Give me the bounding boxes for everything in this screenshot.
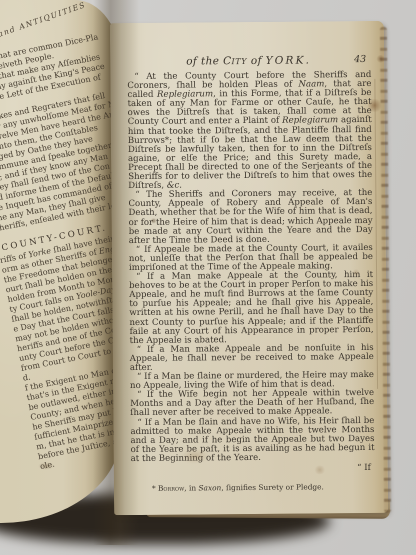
page-header-title-part: YORK.	[266, 54, 312, 66]
page-header: of the CITY of YORK. 43	[127, 54, 370, 68]
left-page-lines: of them that are common Dice-PlaDice dec…	[0, 20, 121, 472]
footnote: * Borrow, in Saxon, ſignifies Surety or …	[152, 482, 388, 493]
page-header-title-part: ITY	[231, 57, 247, 66]
paragraph: “ At the County Court before the Sheriff…	[127, 71, 372, 191]
torn-page-edge	[380, 27, 391, 513]
paragraph: “ If a Man make Appeale at the County, h…	[129, 271, 374, 346]
catchword: “ If	[114, 463, 371, 475]
page-header-title-part: of	[247, 55, 266, 67]
book-photo: STORY and ANTIQUITIES of them that are c…	[0, 0, 416, 555]
left-page-text-block: STORY and ANTIQUITIES of them that are c…	[0, 4, 121, 472]
page-body-text: “ At the County Court before the Sheriff…	[127, 71, 374, 464]
fore-edge-crease	[374, 79, 378, 389]
left-page: STORY and ANTIQUITIES of them that are c…	[0, 0, 121, 523]
paragraph: “ The Sheriffs and Coroners may receive,…	[128, 189, 372, 246]
page-number: 43	[354, 54, 366, 65]
right-page: of the CITY of YORK. 43 “ At the County …	[110, 21, 388, 515]
paragraph: “ If Appeale be made at the County Court…	[129, 244, 373, 273]
paragraph: “ If the Wife begin not her Appeale with…	[130, 389, 374, 418]
page-header-title: of the CITY of YORK.	[186, 54, 311, 67]
page-header-title-part: of the	[186, 55, 223, 67]
paragraph: “ If a Man make Appeale and be nonſuite …	[130, 344, 374, 373]
paragraph: “ If a Man be ſlain and have no Wife, hi…	[130, 416, 374, 464]
